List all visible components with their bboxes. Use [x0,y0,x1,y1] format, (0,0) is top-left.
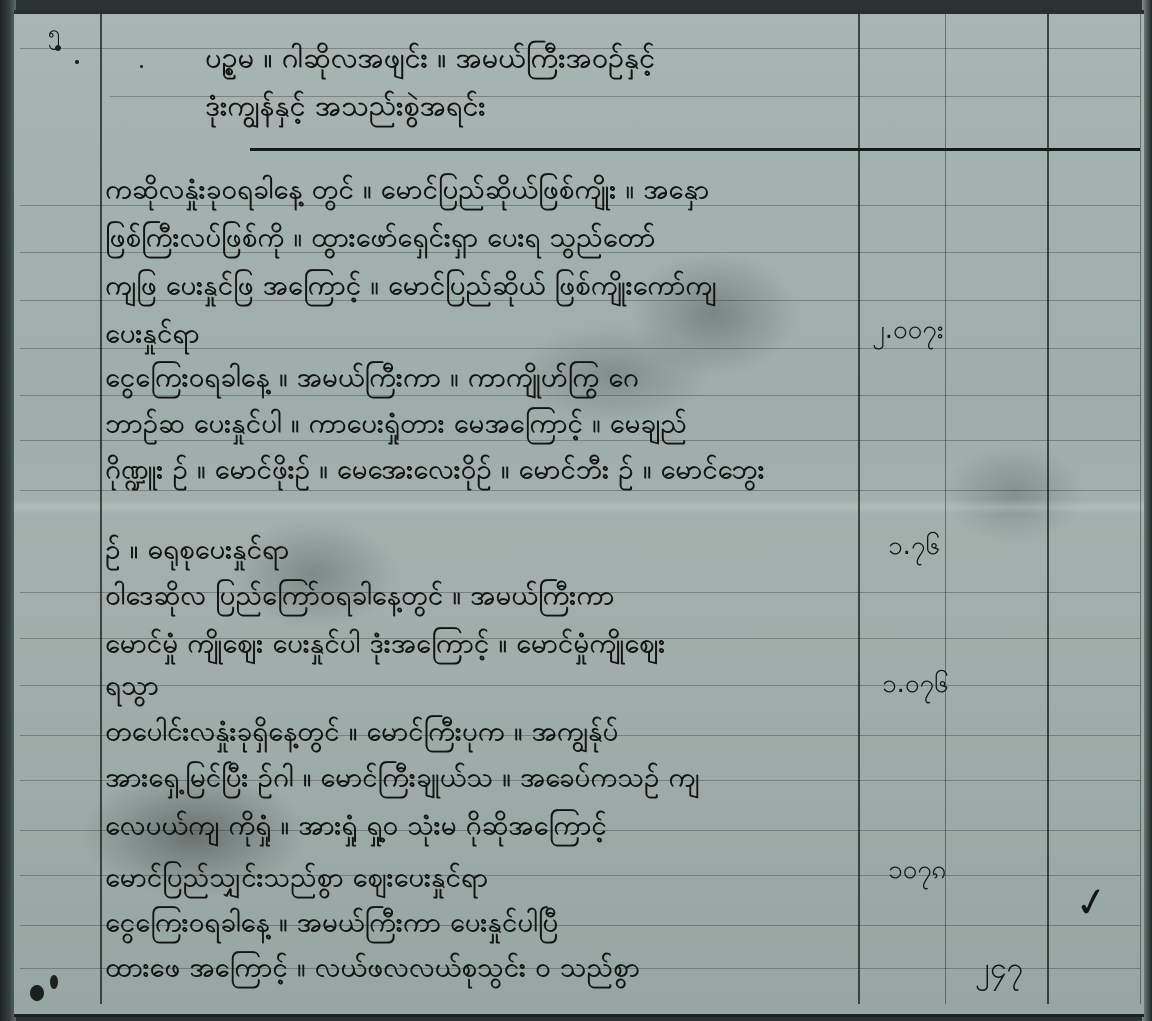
body-line: မောင်မှုံ ကျိုဈေး ပေးနှုင်ပါ ဒုံးအကြောင့… [105,626,665,662]
body-line: ကျဖြ ပေးနှုင်ဖြ အကြောင့် ။ မောင်ပြည်ဆိုယ… [105,268,717,304]
body-line: ပေးနှုင်ရာ [105,316,199,352]
amount-total: ၂၄၇ [975,948,1024,993]
body-line: လေပယ်ကျ ကိုရှုံ ။ အားရှုံ ရှု့ဝ သုံးမ ဂိ… [105,808,607,844]
header-divider-rule [250,148,1140,151]
paper-fold-crease [14,500,1144,514]
amount-entry: ၁.၇၆ [888,528,940,567]
amount-column-rule-right [1047,14,1049,1004]
body-line: ငွေကြေးဝရခါနေ့ ။ အမယ်ကြီးကာ ပေးနှုင်ပါပြ… [105,905,558,941]
ink-speck [140,65,143,68]
body-line: ဉ် ။ ဓရုစုပေးနှုင်ရာ [105,532,289,568]
body-line: ဘာဉ်ဆ ပေးနှုင်ပါ ။ ကာပေးရှုံတား မေအကြောင… [105,406,687,442]
body-line: ထားဖေ အကြောင့် ။ လယ်ဖလလယ်စုသွင်း ဝ သည်စွ… [105,950,640,986]
ink-blot [50,975,58,989]
title-line-2: ဒုံးကျွန်နှင့် အသည်းစွဲအရင်း [205,88,486,124]
body-line: ဖြစ်ကြီးလပ်ဖြစ်ကို ။ ထွားဖော်ရှေင်းရှာ ပ… [105,220,655,256]
amount-entry: ၂.၀၀၇း [872,312,944,351]
ink-speck [75,60,79,64]
amount-entry: ၁.၀၇၆ [882,666,949,705]
body-line: ဂိုဏ္ဍူး ဉ် ။ မောင်ဖိုးဉ် ။ မေအေးလေးဝိုဉ… [105,452,765,488]
title-line-1: ပဥ္စမ ။ ဂါဆိုလအဖျင်း ။ အမယ်ကြီးအဝဉ်နှင့် [205,40,655,76]
page-corner-mark: ၅ [48,18,60,51]
amount-column-rule [858,14,860,1004]
body-line: ကဆိုလနှုံးခုဝရခါနေ့ တွင် ။ မောင်ပြည်ဆိုယ… [105,172,709,208]
body-line: ဝါဒေဆိုလ ပြည်ကြော်ဝရခါနေ့တွင် ။ အမယ်ကြီး… [105,578,614,614]
body-line: အားရှေ့မြင်ပြီး ဉ်ဂါ ။ မောင်ကြီးချုယ်သ ။… [105,760,700,796]
margin-rule-left [100,14,102,1004]
amount-entry: ၁၀၇ၵ [888,852,947,891]
body-line: မောင်ပြည်သျှင်းသည်စွာ ဈေးပေးနှုင်ရာ [105,860,488,896]
page-edge-rule [1140,14,1141,1004]
ruled-line [20,490,1140,491]
body-line: ရသွာ [105,668,159,704]
body-line: တပေါင်းလနှုံးခုရှိနေ့တွင် ။ မောင်ကြီးပုက… [105,714,618,750]
ink-blot [30,985,44,1001]
body-line: ငွေကြေးဝရခါနေ့ ။ အမယ်ကြီးကာ ။ ကာကျိုဟ်ကြ… [105,360,639,396]
ruled-line [20,685,1140,686]
